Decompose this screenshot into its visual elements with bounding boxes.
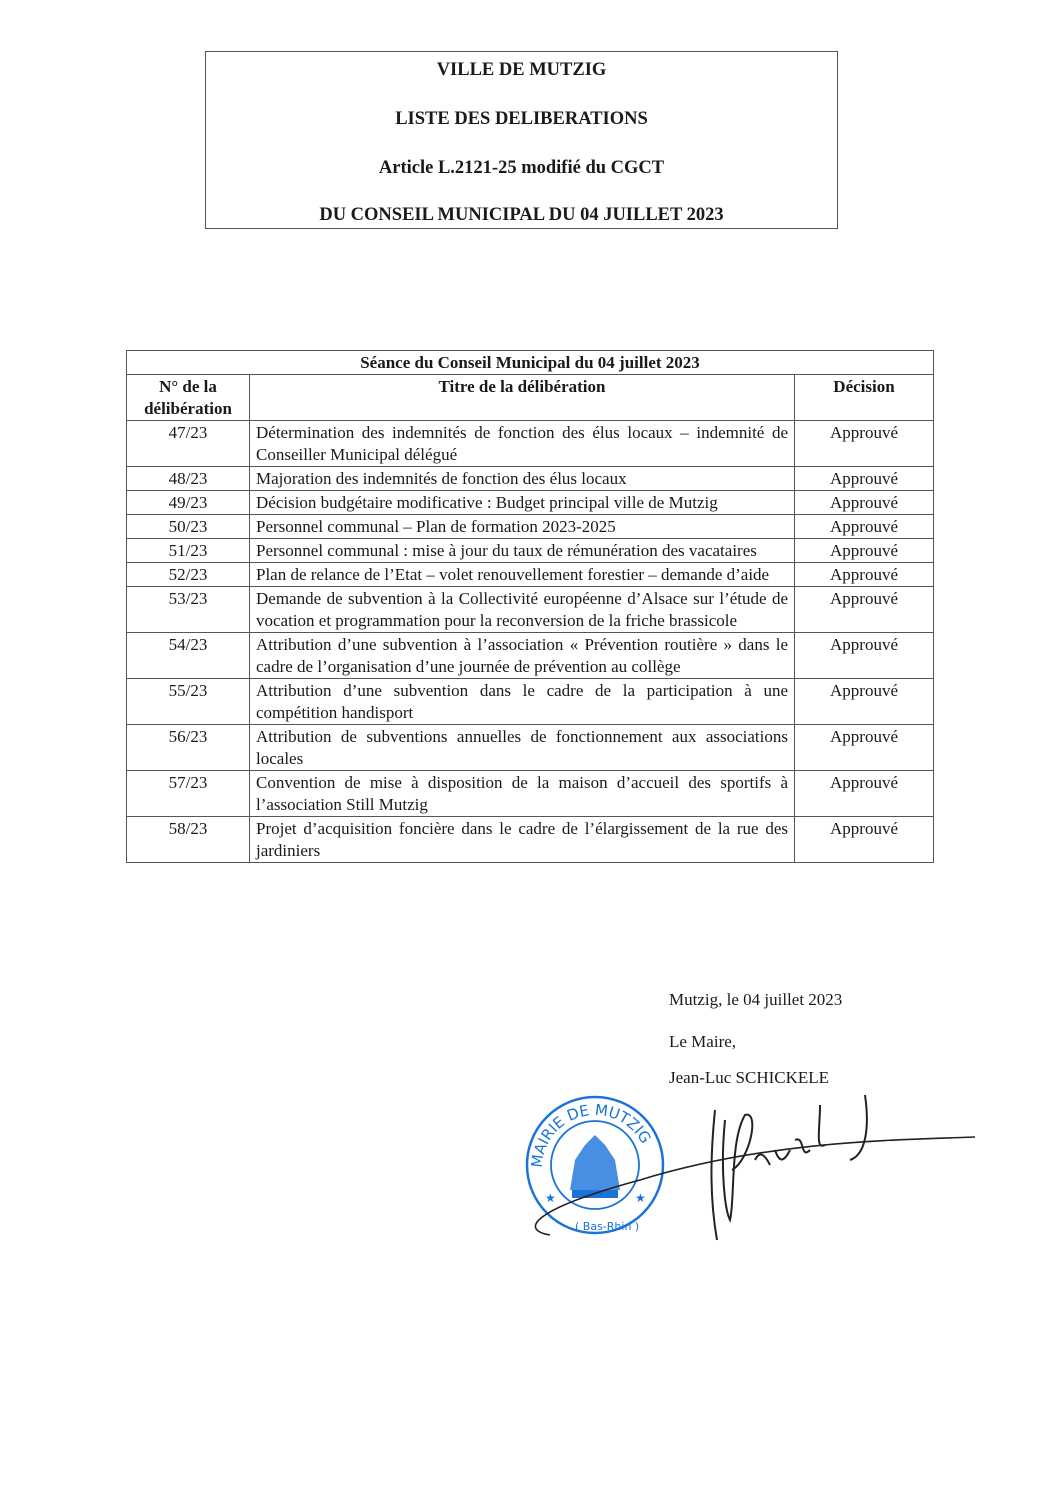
table-row: 54/23Attribution d’une subvention à l’as… (127, 633, 934, 679)
deliberation-number: 52/23 (127, 563, 250, 587)
table-row: 50/23Personnel communal – Plan de format… (127, 515, 934, 539)
table-row: 51/23Personnel communal : mise à jour du… (127, 539, 934, 563)
table-row: 53/23Demande de subvention à la Collecti… (127, 587, 934, 633)
table-row: 56/23Attribution de subventions annuelle… (127, 725, 934, 771)
deliberation-title: Attribution de subventions annuelles de … (250, 725, 795, 771)
deliberation-title: Attribution d’une subvention dans le cad… (250, 679, 795, 725)
deliberation-title: Convention de mise à disposition de la m… (250, 771, 795, 817)
deliberation-decision: Approuvé (795, 725, 934, 771)
deliberation-number: 49/23 (127, 491, 250, 515)
deliberation-number: 54/23 (127, 633, 250, 679)
deliberation-number: 51/23 (127, 539, 250, 563)
deliberation-decision: Approuvé (795, 515, 934, 539)
legal-reference: Article L.2121-25 modifié du CGCT (206, 158, 837, 179)
deliberation-decision: Approuvé (795, 771, 934, 817)
deliberation-number: 53/23 (127, 587, 250, 633)
deliberation-number: 58/23 (127, 817, 250, 863)
deliberation-title: Décision budgétaire modificative : Budge… (250, 491, 795, 515)
mayor-signature-icon (520, 1080, 990, 1250)
table-row: 47/23Détermination des indemnités de fon… (127, 421, 934, 467)
deliberation-decision: Approuvé (795, 467, 934, 491)
deliberation-decision: Approuvé (795, 421, 934, 467)
deliberation-title: Personnel communal : mise à jour du taux… (250, 539, 795, 563)
column-header-decision: Décision (795, 375, 934, 421)
deliberation-number: 57/23 (127, 771, 250, 817)
deliberation-decision: Approuvé (795, 817, 934, 863)
table-row: 52/23Plan de relance de l’Etat – volet r… (127, 563, 934, 587)
table-row: 57/23Convention de mise à disposition de… (127, 771, 934, 817)
column-header-number: N° de la délibération (127, 375, 250, 421)
place-date: Mutzig, le 04 juillet 2023 (669, 990, 842, 1010)
column-header-title: Titre de la délibération (250, 375, 795, 421)
signatory-role: Le Maire, (669, 1032, 736, 1052)
table-row: 49/23Décision budgétaire modificative : … (127, 491, 934, 515)
deliberation-decision: Approuvé (795, 539, 934, 563)
deliberation-number: 55/23 (127, 679, 250, 725)
deliberation-title: Personnel communal – Plan de formation 2… (250, 515, 795, 539)
city-name: VILLE DE MUTZIG (206, 60, 837, 81)
deliberation-decision: Approuvé (795, 563, 934, 587)
table-row: 58/23Projet d’acquisition foncière dans … (127, 817, 934, 863)
deliberation-number: 48/23 (127, 467, 250, 491)
deliberations-table: Séance du Conseil Municipal du 04 juille… (126, 350, 934, 863)
deliberation-title: Plan de relance de l’Etat – volet renouv… (250, 563, 795, 587)
deliberation-number: 56/23 (127, 725, 250, 771)
council-date: DU CONSEIL MUNICIPAL DU 04 JUILLET 2023 (206, 205, 837, 226)
deliberation-decision: Approuvé (795, 491, 934, 515)
deliberation-title: Projet d’acquisition foncière dans le ca… (250, 817, 795, 863)
document-header: VILLE DE MUTZIG LISTE DES DELIBERATIONS … (205, 51, 838, 229)
deliberation-title: Attribution d’une subvention à l’associa… (250, 633, 795, 679)
deliberation-title: Demande de subvention à la Collectivité … (250, 587, 795, 633)
table-row: 48/23Majoration des indemnités de foncti… (127, 467, 934, 491)
deliberation-title: Détermination des indemnités de fonction… (250, 421, 795, 467)
table-row: 55/23Attribution d’une subvention dans l… (127, 679, 934, 725)
deliberation-decision: Approuvé (795, 633, 934, 679)
table-title: Séance du Conseil Municipal du 04 juille… (127, 351, 934, 375)
deliberation-decision: Approuvé (795, 679, 934, 725)
deliberation-decision: Approuvé (795, 587, 934, 633)
deliberation-number: 50/23 (127, 515, 250, 539)
deliberation-title: Majoration des indemnités de fonction de… (250, 467, 795, 491)
deliberation-number: 47/23 (127, 421, 250, 467)
document-title: LISTE DES DELIBERATIONS (206, 109, 837, 130)
